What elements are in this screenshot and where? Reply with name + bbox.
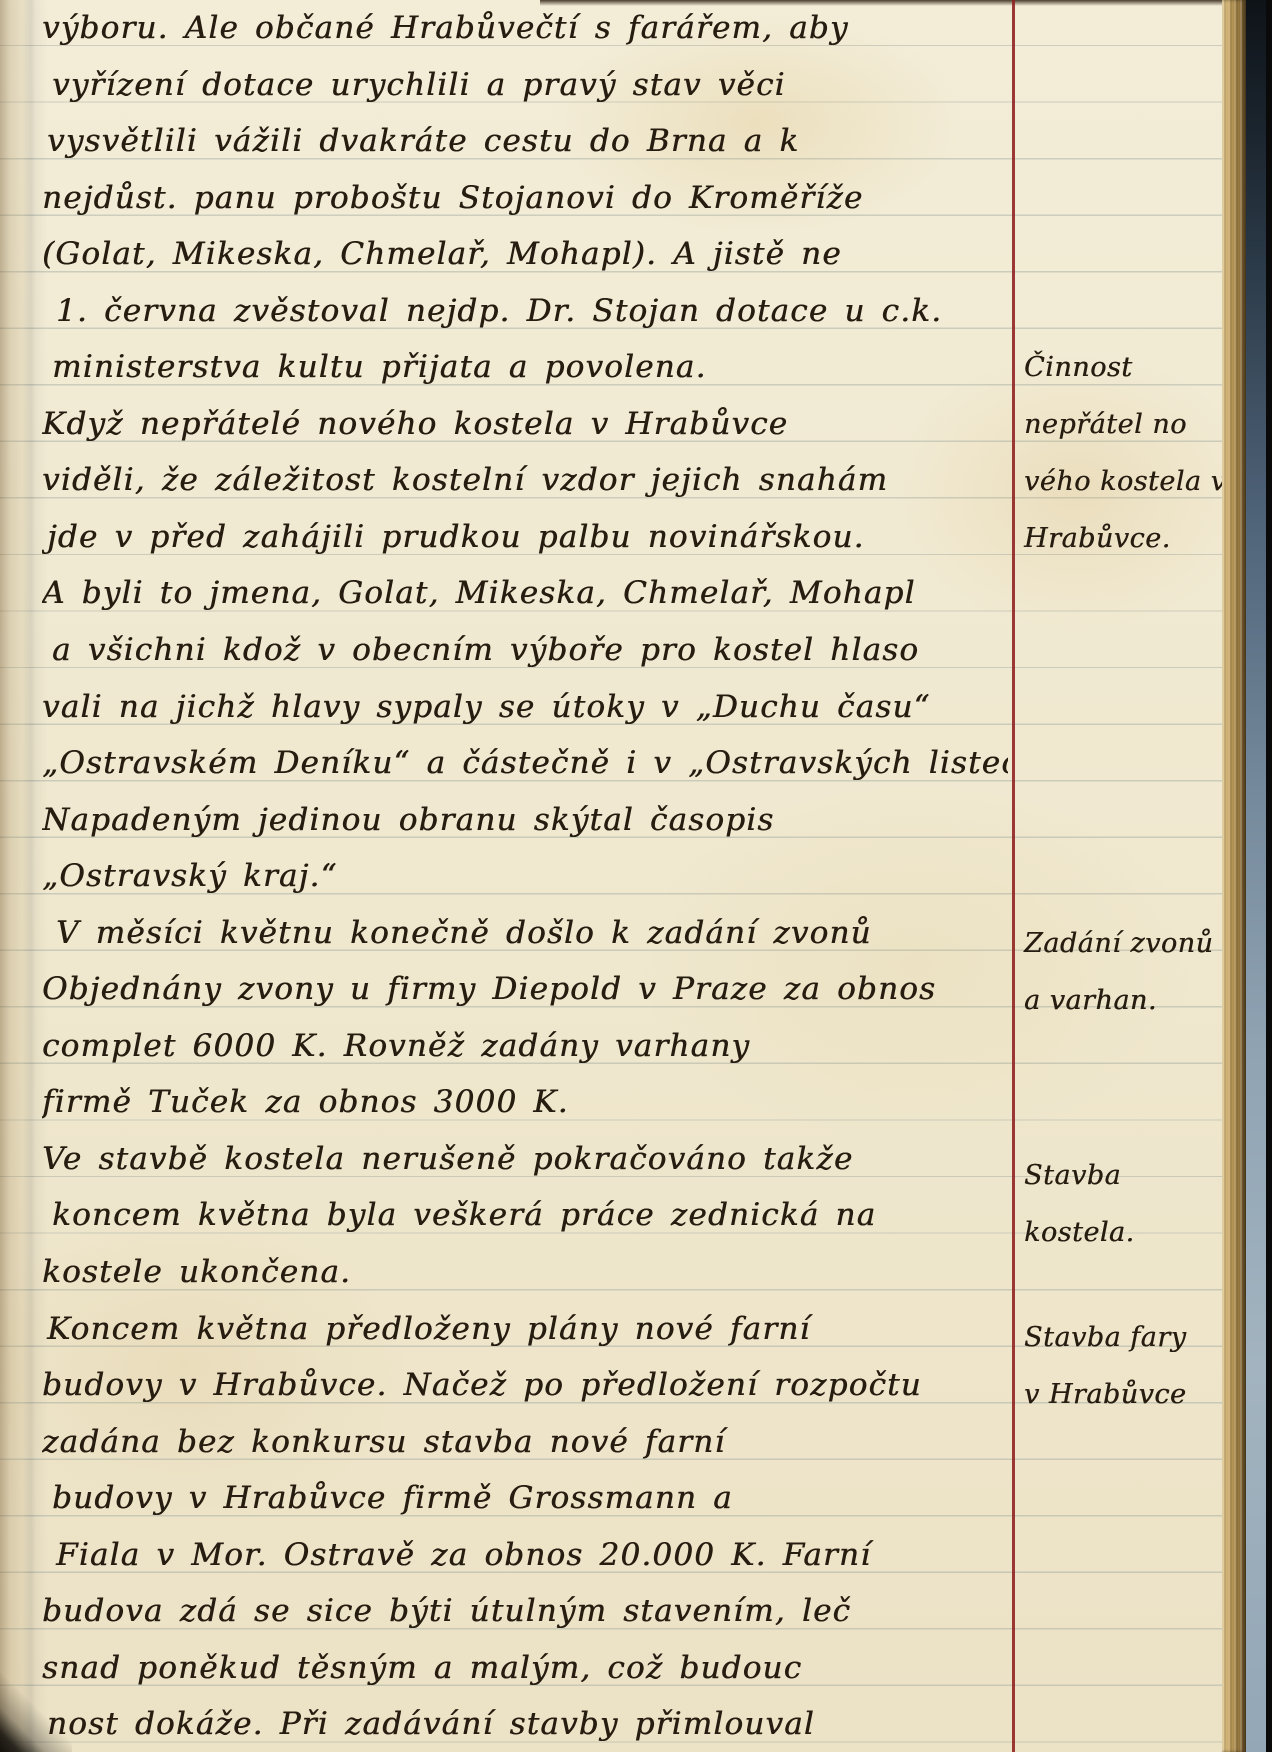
margin-note-line: Zadání zvonů <box>1024 915 1216 972</box>
handwritten-text-line: Když nepřátelé nového kostela v Hrabůvce <box>42 396 1008 453</box>
book-cover-cloth <box>1246 0 1266 1752</box>
handwritten-text-line: jde v před zahájili prudkou palbu noviná… <box>42 509 1008 566</box>
handwritten-text-line: budova zdá se sice býti útulným stavením… <box>42 1583 1008 1640</box>
margin-note-line: nepřátel no <box>1024 396 1216 453</box>
margin-note-church-construction: Stavbakostela. <box>1024 1147 1216 1261</box>
margin-note-enemies-of-church: Činnostnepřátel nového kostela vHrabůvce… <box>1024 339 1216 567</box>
handwritten-text-line: vysvětlili vážili dvakráte cestu do Brna… <box>42 113 1008 170</box>
handwritten-text-line: 1. června zvěstoval nejdp. Dr. Stojan do… <box>42 283 1008 340</box>
handwritten-text-line: kostele ukončena. <box>42 1244 1008 1301</box>
margin-note-bells-and-organ: Zadání zvonůa varhan. <box>1024 915 1216 1029</box>
handwritten-text-line: nost dokáže. Při zadávání stavby přimlou… <box>42 1696 1008 1752</box>
handwritten-text-line: budovy v Hrabůvce firmě Grossmann a <box>42 1470 1008 1527</box>
handwritten-text-line: firmě Tuček za obnos 3000 K. <box>42 1074 1008 1131</box>
handwritten-text-line: budovy v Hrabůvce. Načež po předložení r… <box>42 1357 1008 1414</box>
handwritten-text-line: a všichni kdož v obecním výboře pro kost… <box>42 622 1008 679</box>
margin-note-line: Stavba <box>1024 1147 1216 1204</box>
handwritten-text-line: V měsíci květnu konečně došlo k zadání z… <box>42 905 1008 962</box>
handwritten-text-line: A byli to jmena, Golat, Mikeska, Chmelař… <box>42 565 1008 622</box>
margin-note-line: Hrabůvce. <box>1024 510 1216 567</box>
handwritten-text-line: viděli, že záležitost kostelní vzdor jej… <box>42 452 1008 509</box>
handwritten-text-line: Fiala v Mor. Ostravě za obnos 20.000 K. … <box>42 1527 1008 1584</box>
handwritten-text-line: Koncem května předloženy plány nové farn… <box>42 1301 1008 1358</box>
margin-note-line: Stavba fary <box>1024 1309 1216 1366</box>
handwritten-text-line: vali na jichž hlavy sypaly se útoky v „D… <box>42 679 1008 736</box>
handwritten-text-line: „Ostravský kraj.“ <box>42 848 1008 905</box>
handwritten-text-line: complet 6000 K. Rovněž zadány varhany <box>42 1018 1008 1075</box>
manuscript-page: výboru. Ale občané Hrabůvečtí s farářem,… <box>0 0 1222 1752</box>
handwritten-text-line: Ve stavbě kostela nerušeně pokračováno t… <box>42 1131 1008 1188</box>
handwritten-text-line: vyřízení dotace urychlili a pravý stav v… <box>42 57 1008 114</box>
margin-note-line: vého kostela v <box>1024 453 1216 510</box>
handwritten-text-line: Napadeným jedinou obranu skýtal časopis <box>42 792 1008 849</box>
handwritten-text-line: výboru. Ale občané Hrabůvečtí s farářem,… <box>42 0 1008 57</box>
handwritten-text-line: zadána bez konkursu stavba nové farní <box>42 1414 1008 1471</box>
red-margin-line <box>1012 0 1015 1752</box>
handwritten-text-line: koncem května byla veškerá práce zednick… <box>42 1187 1008 1244</box>
page-stack-edge <box>1222 0 1246 1752</box>
handwritten-text-line: Objednány zvony u firmy Diepold v Praze … <box>42 961 1008 1018</box>
handwritten-text-line: ministerstva kultu přijata a povolena. <box>42 339 1008 396</box>
page-gutter-shadow <box>0 0 48 1752</box>
margin-note-line: kostela. <box>1024 1204 1216 1261</box>
main-text-column: výboru. Ale občané Hrabůvečtí s farářem,… <box>42 0 1008 1752</box>
handwritten-text-line: „Ostravském Deníku“ a částečně i v „Ostr… <box>42 735 1008 792</box>
handwritten-text-line: nejdůst. panu proboštu Stojanovi do Krom… <box>42 170 1008 227</box>
margin-note-line: v Hrabůvce <box>1024 1366 1216 1423</box>
margin-note-line: a varhan. <box>1024 972 1216 1029</box>
handwritten-text-line: snad poněkud těsným a malým, což budouc <box>42 1640 1008 1697</box>
handwritten-text-line: (Golat, Mikeska, Chmelař, Mohapl). A jis… <box>42 226 1008 283</box>
margin-note-line: Činnost <box>1024 339 1216 396</box>
margin-note-rectory-construction: Stavba faryv Hrabůvce <box>1024 1309 1216 1423</box>
